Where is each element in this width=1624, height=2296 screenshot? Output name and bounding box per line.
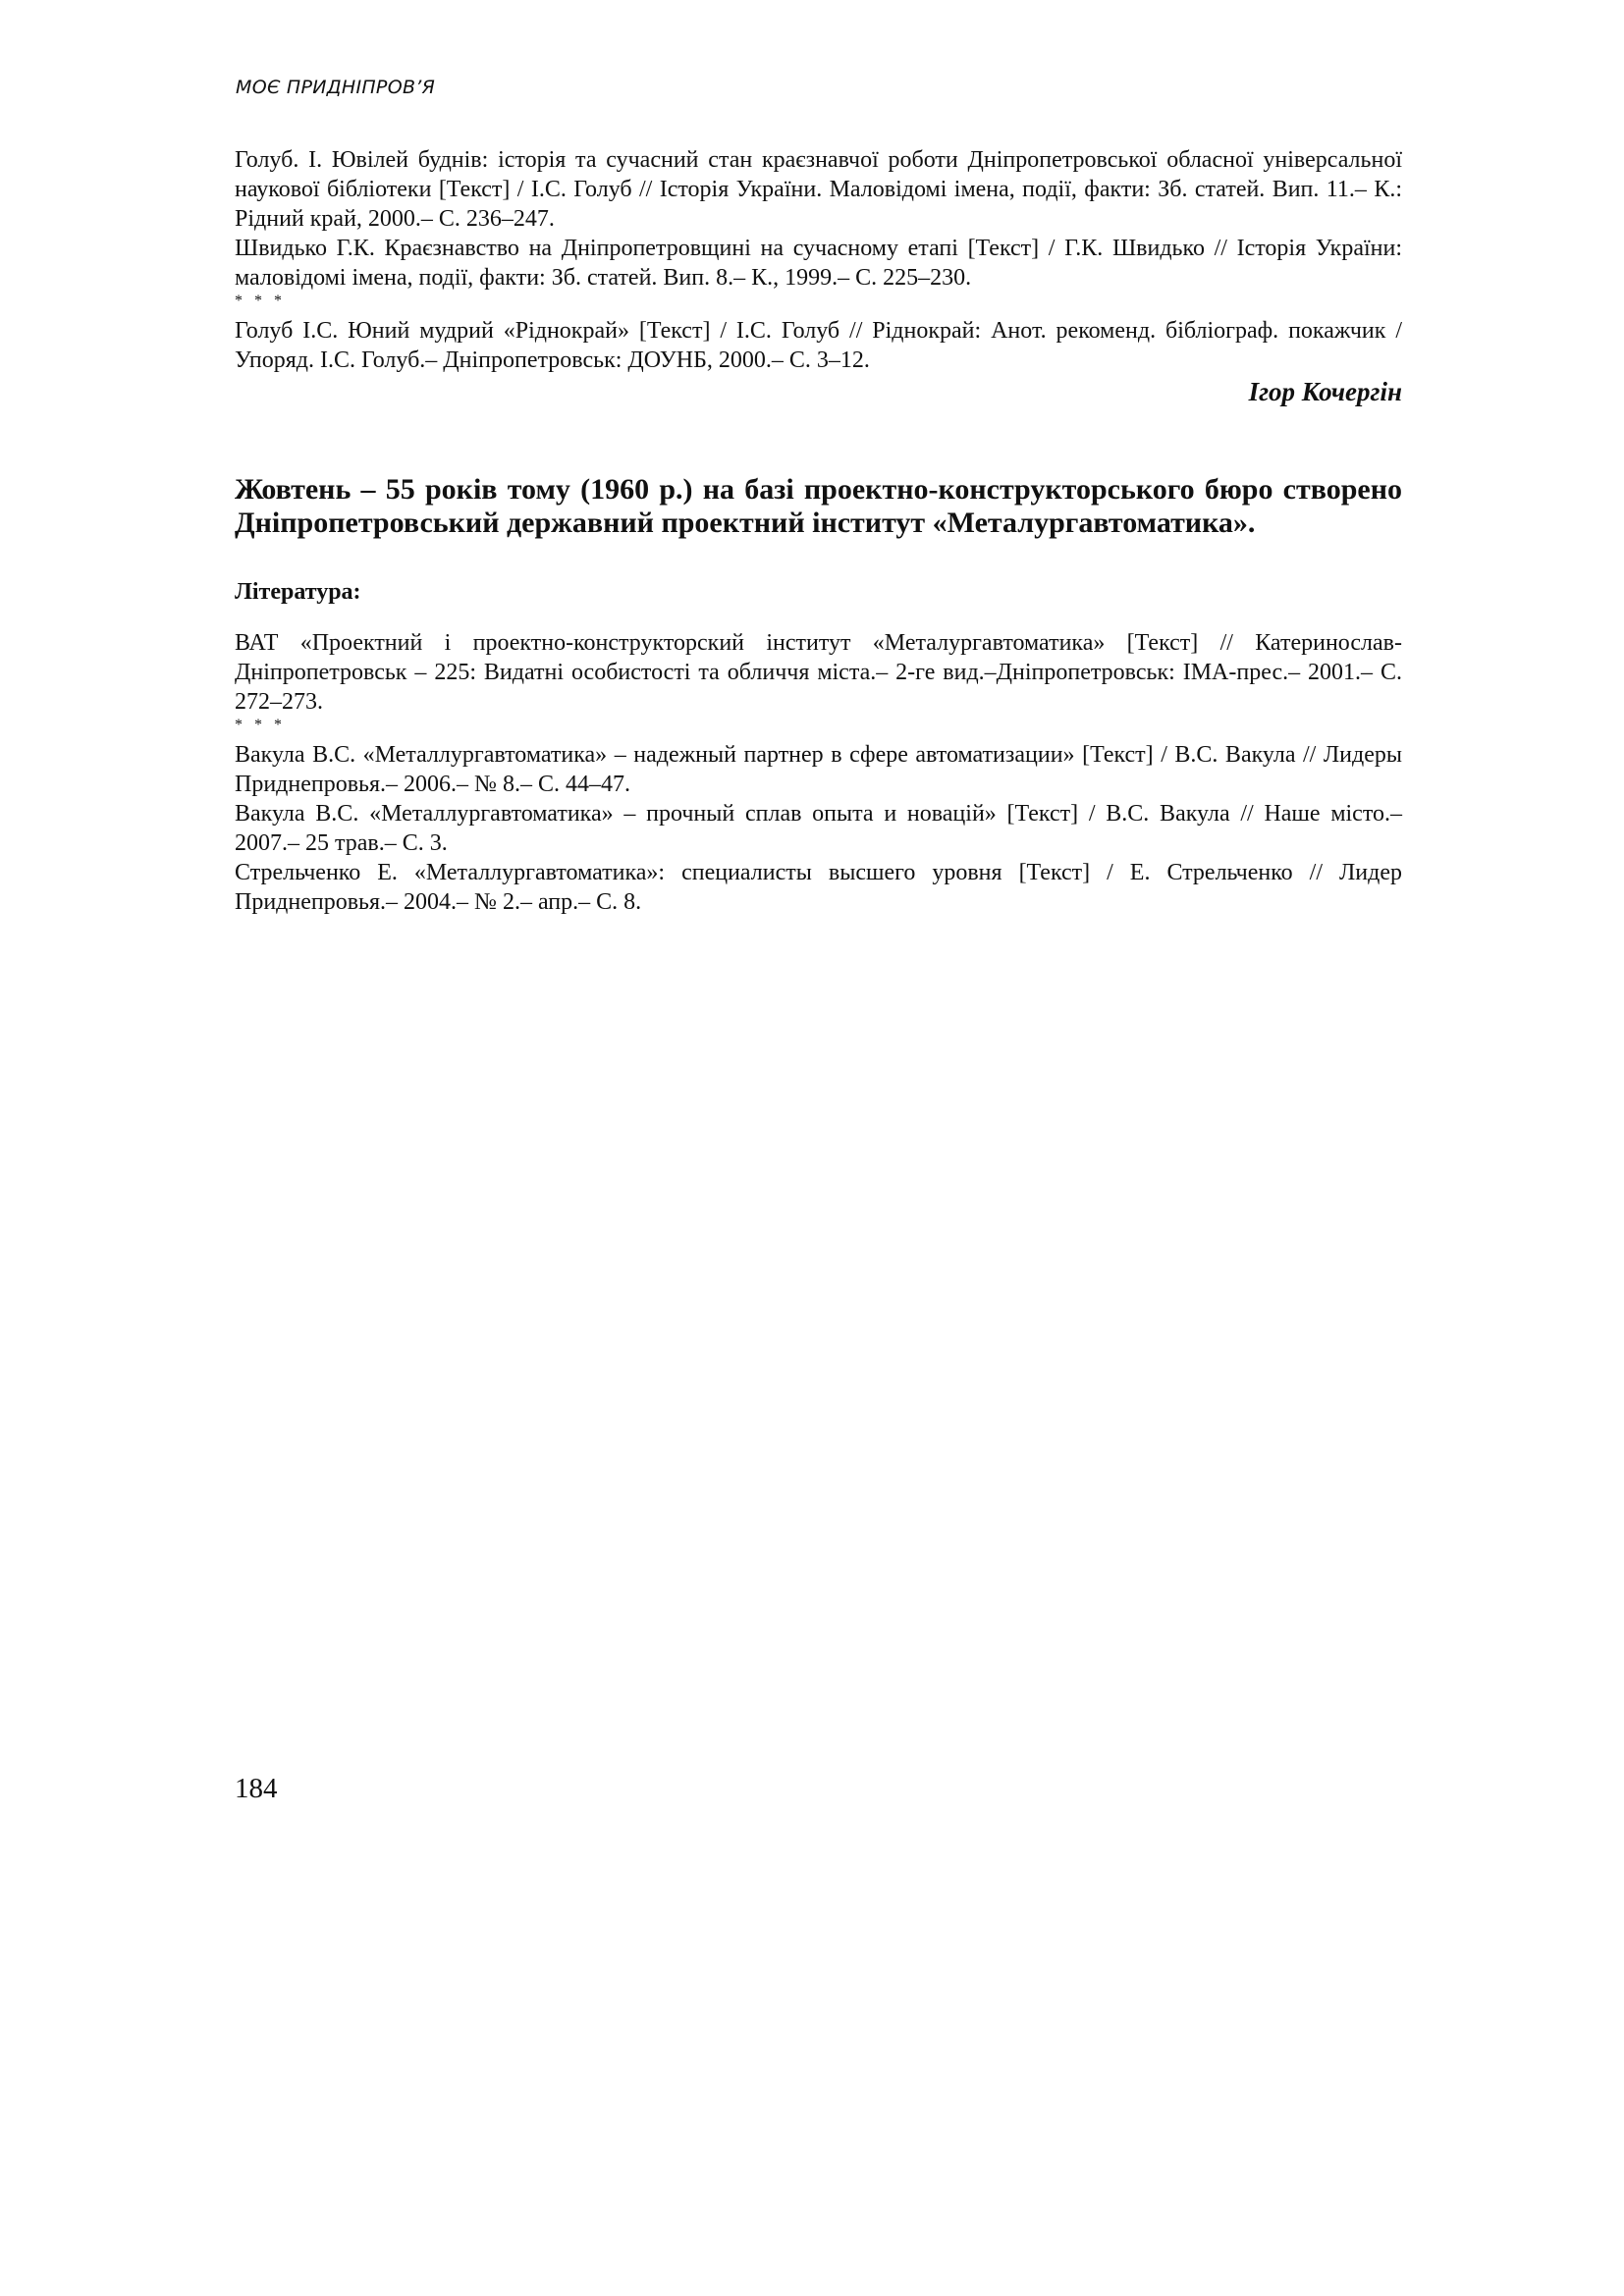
bibliography-entry: ВАТ «Проектний і проектно-конструкторски… [235,628,1402,717]
bibliography-entry: Вакула В.С. «Металлургавтоматика» – проч… [235,799,1402,858]
bibliography-entry: Вакула В.С. «Металлургавтоматика» – наде… [235,740,1402,799]
bibliography-entry: Швидько Г.К. Краєзнавство на Дніпропетро… [235,234,1402,293]
bibliography-entry: Стрельченко Е. «Металлургавтоматика»: сп… [235,858,1402,917]
author-signature: Ігор Кочергін [235,375,1402,408]
page-content: Голуб. І. Ювілей буднів: історія та суча… [235,145,1402,917]
bibliography-entry: Голуб І.С. Юний мудрий «Рідн­окрай» [Тек… [235,316,1402,375]
literature-label: Література: [235,579,1402,605]
anniversary-section: Жовтень – 55 років тому (1960 р.) на баз… [235,473,1402,917]
anniversary-heading: Жовтень – 55 років тому (1960 р.) на баз… [235,473,1402,540]
bibliography-section-1: Голуб. І. Ювілей буднів: історія та суча… [235,145,1402,408]
separator-stars: * * * [235,717,1402,740]
page-number: 184 [235,1773,278,1805]
running-head: МОЄ ПРИДНІПРОВ’Я [236,77,435,98]
bibliography-entry: Голуб. І. Ювілей буднів: історія та суча… [235,145,1402,234]
separator-stars: * * * [235,293,1402,316]
